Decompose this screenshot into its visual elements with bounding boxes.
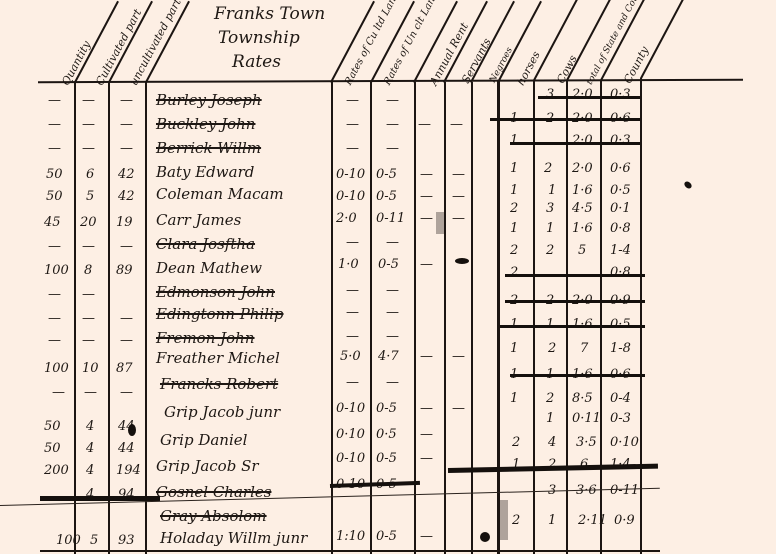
cell-horses: 1 — [510, 134, 518, 148]
cell-cultivated: — — [84, 386, 97, 400]
cell-cultivated: 10 — [82, 362, 99, 376]
title-line-1: Franks Town — [214, 4, 325, 24]
cell-rate-cultivated: 0-10 — [336, 402, 365, 416]
cell-cultivated: — — [82, 334, 95, 348]
cell-servants: — — [450, 118, 463, 132]
taxpayer-name: Carr James — [156, 212, 241, 228]
strike-line — [505, 300, 645, 303]
cell-quantity: 50 — [46, 168, 63, 182]
cell-uncultivated: — — [120, 142, 133, 156]
cell-quantity: 100 — [44, 264, 69, 278]
cell-rate-uncultivated: 0-5 — [376, 402, 397, 416]
cell-rate-cultivated: 5·0 — [340, 350, 361, 364]
cell-cultivated: 5 — [90, 534, 98, 548]
cell-servants: — — [452, 168, 465, 182]
taxpayer-name: Berrick Willm — [156, 140, 261, 156]
cell-cows: 3 — [546, 88, 554, 102]
cell-county: 0·8 — [610, 266, 631, 280]
strike-line — [538, 96, 640, 99]
cell-cows: 2 — [546, 392, 554, 406]
cell-rate-uncultivated: — — [386, 236, 399, 250]
cell-rate-uncultivated: — — [386, 330, 399, 344]
cell-servants: — — [452, 350, 465, 364]
taxpayer-name: Buckley John — [156, 116, 255, 132]
cell-rate-uncultivated: — — [386, 306, 399, 320]
cell-rate-uncultivated: 0-11 — [376, 212, 405, 226]
cell-rate-uncultivated: 0-5 — [376, 452, 397, 466]
cell-quantity: — — [48, 240, 61, 254]
cell-quantity: 100 — [44, 362, 69, 376]
column-rule — [444, 82, 446, 554]
cell-county: 0-11 — [610, 484, 639, 498]
cell-rate-uncultivated: 0-5 — [376, 190, 397, 204]
cell-horses: 2 — [510, 202, 518, 216]
header-divider — [640, 0, 685, 79]
cell-county: 0·10 — [610, 436, 639, 450]
strike-line — [510, 374, 645, 377]
cell-servants: — — [452, 402, 465, 416]
cell-cultivated: 4 — [86, 464, 94, 478]
cell-quantity: 50 — [44, 442, 61, 456]
cell-rate-cultivated: — — [346, 236, 359, 250]
cell-annual-rent: — — [420, 212, 433, 226]
cell-county: 0-4 — [610, 392, 631, 406]
cell-uncultivated: 42 — [118, 190, 135, 204]
cell-annual-rent: — — [418, 118, 431, 132]
strike-line — [510, 142, 640, 145]
cell-horses: 2 — [510, 244, 518, 258]
column-rule — [600, 80, 602, 554]
cell-horses: 2 — [512, 436, 520, 450]
cell-annual-rent: — — [420, 190, 433, 204]
taxpayer-name: Edingtonn Philip — [156, 306, 284, 322]
cell-cows: 1 — [546, 222, 554, 236]
taxpayer-name: Freather Michel — [156, 350, 280, 366]
cell-total: 3·6 — [576, 484, 597, 498]
cell-cultivated: 4 — [86, 420, 94, 434]
cell-total: 4·5 — [572, 202, 593, 216]
cell-cultivated: — — [82, 288, 95, 302]
cell-county: 0·8 — [610, 222, 631, 236]
cell-total: 0·11 — [572, 412, 601, 426]
cell-rate-cultivated: — — [346, 376, 359, 390]
cell-quantity: — — [48, 312, 61, 326]
taxpayer-name: Grip Jacob junr — [164, 404, 280, 420]
ink-blot — [455, 258, 469, 264]
cell-cows: 2 — [548, 342, 556, 356]
ink-blot — [683, 180, 693, 190]
cell-rate-uncultivated: — — [386, 376, 399, 390]
cell-quantity: — — [52, 386, 65, 400]
cell-horses: 1 — [510, 184, 518, 198]
taxpayer-name: Clara Josftha — [156, 236, 255, 252]
taxpayer-name: Coleman Macam — [156, 186, 284, 202]
cell-rate-uncultivated: — — [386, 284, 399, 298]
cell-cultivated: 4 — [86, 442, 94, 456]
cell-rate-cultivated: — — [346, 118, 359, 132]
cell-annual-rent: — — [420, 428, 433, 442]
column-rule — [108, 82, 110, 554]
cell-annual-rent: — — [420, 350, 433, 364]
cell-cows: 3 — [546, 202, 554, 216]
cell-total: 2·11 — [578, 514, 607, 528]
cell-quantity: 50 — [44, 420, 61, 434]
cell-total: 7 — [580, 342, 588, 356]
cell-cultivated: — — [82, 94, 95, 108]
cell-total: 1·6 — [572, 222, 593, 236]
cell-rate-cultivated: 1·0 — [338, 258, 359, 272]
cell-rate-cultivated: — — [346, 330, 359, 344]
cell-uncultivated: 87 — [116, 362, 133, 376]
cell-total: 2·0 — [572, 134, 593, 148]
cell-rate-cultivated: — — [346, 284, 359, 298]
cell-horses: 1 — [510, 222, 518, 236]
cell-uncultivated: 19 — [116, 216, 133, 230]
smudge — [436, 212, 444, 234]
cell-cultivated: 5 — [86, 190, 94, 204]
cell-uncultivated: — — [120, 94, 133, 108]
cell-cows: 4 — [548, 436, 556, 450]
cell-horses: 1 — [510, 392, 518, 406]
taxpayer-name: Grip Jacob Sr — [156, 458, 259, 474]
cell-rate-cultivated: 1:10 — [336, 530, 365, 544]
cell-rate-uncultivated: — — [386, 94, 399, 108]
cell-annual-rent: — — [420, 258, 433, 272]
cell-rate-cultivated: 0-10 — [336, 452, 365, 466]
cell-county: 0·3 — [610, 134, 631, 148]
cell-county: 0·6 — [610, 162, 631, 176]
cell-cultivated: 20 — [80, 216, 97, 230]
taxpayer-name: Dean Mathew — [156, 260, 262, 276]
cell-rate-cultivated: — — [346, 142, 359, 156]
smudge — [498, 500, 508, 540]
cell-uncultivated: — — [120, 240, 133, 254]
column-rule — [145, 82, 147, 554]
cell-uncultivated: 89 — [116, 264, 133, 278]
column-rule — [471, 82, 473, 554]
cell-servants: — — [452, 190, 465, 204]
cell-total: 8·5 — [572, 392, 593, 406]
cell-total: 2·0 — [572, 88, 593, 102]
cell-county: 0-3 — [610, 412, 631, 426]
cell-rate-uncultivated: 0·5 — [376, 428, 397, 442]
cell-horses: 2 — [512, 514, 520, 528]
cell-total: 5 — [578, 244, 586, 258]
cell-rate-uncultivated: — — [386, 142, 399, 156]
cell-cultivated: 8 — [84, 264, 92, 278]
cell-rate-uncultivated: — — [386, 118, 399, 132]
cell-servants: — — [452, 212, 465, 226]
column-rule — [566, 80, 568, 554]
column-rule — [497, 80, 500, 554]
cell-cows: 1 — [548, 514, 556, 528]
cell-quantity: — — [48, 142, 61, 156]
cell-horses: 2 — [510, 266, 518, 280]
cell-annual-rent: — — [420, 452, 433, 466]
cell-rate-cultivated: — — [346, 94, 359, 108]
cell-uncultivated: 44 — [118, 442, 135, 456]
cell-uncultivated: — — [120, 334, 133, 348]
cell-cows: 1 — [548, 184, 556, 198]
cell-annual-rent: — — [420, 530, 433, 544]
taxpayer-name: Fremon John — [156, 330, 255, 346]
cell-county: 1-8 — [610, 342, 631, 356]
cell-county: 0·5 — [610, 184, 631, 198]
taxpayer-name: Grip Daniel — [160, 432, 247, 448]
cell-county: 0·3 — [610, 88, 631, 102]
cell-horses: 1 — [510, 342, 518, 356]
cell-uncultivated: — — [120, 386, 133, 400]
cell-cows: 2 — [546, 244, 554, 258]
column-rule — [533, 80, 535, 554]
title-line-3: Rates — [232, 52, 281, 72]
cell-rate-cultivated: 0·10 — [336, 428, 365, 442]
cell-rate-uncultivated: 4·7 — [378, 350, 399, 364]
cell-cows: 2 — [544, 162, 552, 176]
cell-quantity: 50 — [46, 190, 63, 204]
cell-rate-uncultivated: 0-5 — [378, 258, 399, 272]
cell-horses: 1 — [510, 162, 518, 176]
cell-rate-cultivated: — — [346, 306, 359, 320]
cell-total: 3·5 — [576, 436, 597, 450]
cell-uncultivated: 194 — [116, 464, 141, 478]
strike-line — [490, 118, 640, 121]
cell-quantity: 100 — [56, 534, 81, 548]
cell-quantity: — — [48, 118, 61, 132]
cell-cultivated: — — [82, 312, 95, 326]
cell-rate-uncultivated: 0-5 — [376, 168, 397, 182]
cell-quantity: — — [48, 94, 61, 108]
bottom-rule — [40, 550, 660, 552]
cell-uncultivated: — — [120, 118, 133, 132]
strike-line — [40, 496, 160, 501]
cell-annual-rent: — — [420, 402, 433, 416]
column-rule — [74, 82, 76, 554]
cell-county: 1-4 — [610, 244, 631, 258]
cell-quantity: — — [48, 334, 61, 348]
column-rule — [640, 78, 642, 554]
cell-total: 2·0 — [572, 162, 593, 176]
title-line-2: Township — [218, 28, 300, 48]
cell-rate-cultivated: 0-10 — [336, 168, 365, 182]
taxpayer-name: Gray Absolom — [160, 508, 267, 524]
cell-rate-cultivated: 2·0 — [336, 212, 357, 226]
cell-annual-rent: — — [420, 168, 433, 182]
strike-line — [505, 274, 645, 277]
cell-cultivated: — — [82, 240, 95, 254]
cell-cultivated: 6 — [86, 168, 94, 182]
taxpayer-name: Edmonson John — [156, 284, 275, 300]
cell-county: 0·1 — [610, 202, 631, 216]
cell-cultivated: — — [82, 142, 95, 156]
cell-uncultivated: 42 — [118, 168, 135, 182]
cell-uncultivated: — — [120, 312, 133, 326]
cell-quantity: 200 — [44, 464, 69, 478]
cell-cultivated: — — [82, 118, 95, 132]
cell-quantity: 45 — [44, 216, 61, 230]
cell-county: 0·9 — [614, 514, 635, 528]
ink-blot — [480, 532, 490, 542]
strike-line — [500, 325, 645, 328]
cell-total: 1·6 — [572, 184, 593, 198]
cell-quantity: — — [48, 288, 61, 302]
ledger-page: Franks Town Township Rates Quantity Cult… — [0, 0, 776, 554]
cell-cows: 1 — [546, 412, 554, 426]
cell-rate-cultivated: 0-10 — [336, 190, 365, 204]
taxpayer-name: Holaday Willm junr — [160, 530, 307, 546]
taxpayer-name: Burley Joseph — [156, 92, 262, 108]
cell-uncultivated: 93 — [118, 534, 135, 548]
taxpayer-name: Francks Robert — [160, 376, 278, 392]
ink-blot — [128, 424, 136, 436]
cell-rate-uncultivated: 0-5 — [376, 530, 397, 544]
taxpayer-name: Baty Edward — [156, 164, 254, 180]
